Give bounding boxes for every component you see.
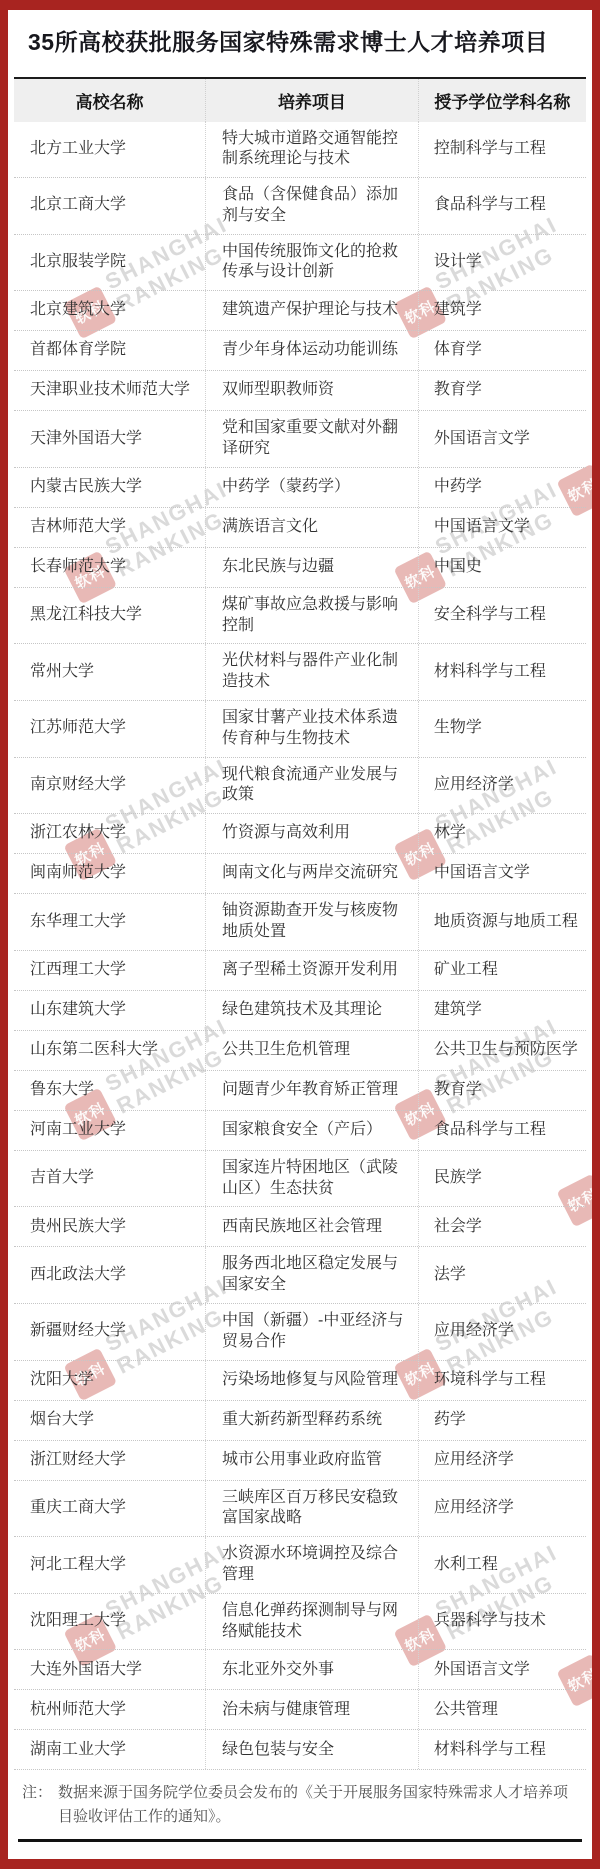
table-row: 天津职业技术师范大学 双师型职教师资 教育学	[14, 371, 586, 411]
footnote-label: 注：	[22, 1781, 52, 1828]
discipline-name-cell: 地质资源与地质工程	[418, 894, 586, 950]
project-name-cell: 青少年身体运动功能训练	[205, 331, 418, 370]
university-name-cell: 贵州民族大学	[14, 1207, 205, 1246]
table-row: 湖南工业大学 绿色包装与安全 材料科学与工程	[14, 1730, 586, 1770]
table-row: 天津外国语大学 党和国家重要文献对外翻译研究 外国语言文学	[14, 411, 586, 468]
university-name-cell: 浙江农林大学	[14, 814, 205, 853]
project-name-cell: 竹资源与高效利用	[205, 814, 418, 853]
project-name-cell: 双师型职教师资	[205, 371, 418, 410]
footnote: 注： 数据来源于国务院学位委员会发布的《关于开展服务国家特殊需求人才培养项目验收…	[14, 1770, 586, 1837]
table-row: 常州大学 光伏材料与器件产业化制造技术 材料科学与工程	[14, 644, 586, 701]
university-name-cell: 北方工业大学	[14, 122, 205, 178]
page-title: 35所高校获批服务国家特殊需求博士人才培养项目	[14, 10, 586, 77]
table-row: 北京建筑大学 建筑遗产保护理论与技术 建筑学	[14, 291, 586, 331]
discipline-name-cell: 中国语言文学	[418, 854, 586, 893]
university-name-cell: 北京工商大学	[14, 178, 205, 234]
table-row: 贵州民族大学 西南民族地区社会管理 社会学	[14, 1207, 586, 1247]
university-name-cell: 浙江财经大学	[14, 1441, 205, 1480]
discipline-name-cell: 兵器科学与技术	[418, 1594, 586, 1650]
project-name-cell: 党和国家重要文献对外翻译研究	[205, 411, 418, 467]
project-name-cell: 污染场地修复与风险管理	[205, 1361, 418, 1400]
university-name-cell: 沈阳理工大学	[14, 1594, 205, 1650]
infographic-page: 软科SHANGHAIRANKING软科SHANGHAIRANKING软科SHAN…	[0, 0, 600, 1869]
universities-table: 高校名称 培养项目 授予学位学科名称 北方工业大学 特大城市道路交通智能控制系统…	[14, 77, 586, 1771]
university-name-cell: 常州大学	[14, 644, 205, 700]
university-name-cell: 天津外国语大学	[14, 411, 205, 467]
table-row: 大连外国语大学 东北亚外交外事 外国语言文学	[14, 1650, 586, 1690]
university-name-cell: 湖南工业大学	[14, 1730, 205, 1769]
column-header-discipline: 授予学位学科名称	[418, 79, 586, 122]
table-row: 江苏师范大学 国家甘薯产业技术体系遗传育种与生物技术 生物学	[14, 701, 586, 758]
project-name-cell: 东北民族与边疆	[205, 548, 418, 587]
project-name-cell: 离子型稀土资源开发利用	[205, 951, 418, 990]
table-row: 江西理工大学 离子型稀土资源开发利用 矿业工程	[14, 951, 586, 991]
discipline-name-cell: 应用经济学	[418, 1441, 586, 1480]
discipline-name-cell: 外国语言文学	[418, 1650, 586, 1689]
table-row: 北京服装学院 中国传统服饰文化的抢救传承与设计创新 设计学	[14, 235, 586, 292]
discipline-name-cell: 中药学	[418, 468, 586, 507]
table-row: 南京财经大学 现代粮食流通产业发展与政策 应用经济学	[14, 758, 586, 815]
table-row: 重庆工商大学 三峡库区百万移民安稳致富国家战略 应用经济学	[14, 1481, 586, 1538]
discipline-name-cell: 体育学	[418, 331, 586, 370]
university-name-cell: 东华理工大学	[14, 894, 205, 950]
discipline-name-cell: 材料科学与工程	[418, 644, 586, 700]
watermark-text: SHANGHAIRANKING	[594, 390, 600, 496]
university-name-cell: 大连外国语大学	[14, 1650, 205, 1689]
discipline-name-cell: 民族学	[418, 1151, 586, 1207]
project-name-cell: 闽南文化与两岸交流研究	[205, 854, 418, 893]
discipline-name-cell: 环境科学与工程	[418, 1361, 586, 1400]
project-name-cell: 特大城市道路交通智能控制系统理论与技术	[205, 122, 418, 178]
project-name-cell: 东北亚外交外事	[205, 1650, 418, 1689]
project-name-cell: 问题青少年教育矫正管理	[205, 1071, 418, 1110]
university-name-cell: 北京服装学院	[14, 235, 205, 291]
discipline-name-cell: 建筑学	[418, 291, 586, 330]
discipline-name-cell: 设计学	[418, 235, 586, 291]
project-name-cell: 治未病与健康管理	[205, 1690, 418, 1729]
project-name-cell: 水资源水环境调控及综合管理	[205, 1537, 418, 1593]
table-row: 浙江财经大学 城市公用事业政府监管 应用经济学	[14, 1441, 586, 1481]
university-name-cell: 新疆财经大学	[14, 1304, 205, 1360]
university-name-cell: 内蒙古民族大学	[14, 468, 205, 507]
discipline-name-cell: 外国语言文学	[418, 411, 586, 467]
column-header-university: 高校名称	[14, 79, 205, 122]
project-name-cell: 公共卫生危机管理	[205, 1031, 418, 1070]
project-name-cell: 城市公用事业政府监管	[205, 1441, 418, 1480]
footnote-text: 数据来源于国务院学位委员会发布的《关于开展服务国家特殊需求人才培养项目验收评估工…	[58, 1781, 576, 1828]
discipline-name-cell: 生物学	[418, 701, 586, 757]
discipline-name-cell: 安全科学与工程	[418, 588, 586, 644]
university-name-cell: 山东第二医科大学	[14, 1031, 205, 1070]
discipline-name-cell: 矿业工程	[418, 951, 586, 990]
discipline-name-cell: 水利工程	[418, 1537, 586, 1593]
university-name-cell: 长春师范大学	[14, 548, 205, 587]
university-name-cell: 北京建筑大学	[14, 291, 205, 330]
university-name-cell: 山东建筑大学	[14, 991, 205, 1030]
project-name-cell: 信息化弹药探测制导与网络赋能技术	[205, 1594, 418, 1650]
discipline-name-cell: 法学	[418, 1247, 586, 1303]
project-name-cell: 国家连片特困地区（武陵山区）生态扶贫	[205, 1151, 418, 1207]
table-row: 长春师范大学 东北民族与边疆 中国史	[14, 548, 586, 588]
discipline-name-cell: 应用经济学	[418, 758, 586, 814]
project-name-cell: 绿色包装与安全	[205, 1730, 418, 1769]
discipline-name-cell: 控制科学与工程	[418, 122, 586, 178]
university-name-cell: 西北政法大学	[14, 1247, 205, 1303]
university-name-cell: 江西理工大学	[14, 951, 205, 990]
discipline-name-cell: 应用经济学	[418, 1481, 586, 1537]
project-name-cell: 建筑遗产保护理论与技术	[205, 291, 418, 330]
university-name-cell: 江苏师范大学	[14, 701, 205, 757]
university-name-cell: 南京财经大学	[14, 758, 205, 814]
project-name-cell: 国家粮食安全（产后）	[205, 1111, 418, 1150]
project-name-cell: 满族语言文化	[205, 508, 418, 547]
university-name-cell: 沈阳大学	[14, 1361, 205, 1400]
table-row: 内蒙古民族大学 中药学（蒙药学） 中药学	[14, 468, 586, 508]
discipline-name-cell: 社会学	[418, 1207, 586, 1246]
column-header-project: 培养项目	[205, 79, 418, 122]
project-name-cell: 服务西北地区稳定发展与国家安全	[205, 1247, 418, 1303]
content: 35所高校获批服务国家特殊需求博士人才培养项目 高校名称 培养项目 授予学位学科…	[8, 10, 592, 1842]
table-row: 河南工业大学 国家粮食安全（产后） 食品科学与工程	[14, 1111, 586, 1151]
project-name-cell: 三峡库区百万移民安稳致富国家战略	[205, 1481, 418, 1537]
table-row: 杭州师范大学 治未病与健康管理 公共管理	[14, 1690, 586, 1730]
university-name-cell: 黑龙江科技大学	[14, 588, 205, 644]
discipline-name-cell: 中国语言文学	[418, 508, 586, 547]
table-row: 首都体育学院 青少年身体运动功能训练 体育学	[14, 331, 586, 371]
university-name-cell: 鲁东大学	[14, 1071, 205, 1110]
discipline-name-cell: 中国史	[418, 548, 586, 587]
table-row: 新疆财经大学 中国（新疆）-中亚经济与贸易合作 应用经济学	[14, 1304, 586, 1361]
university-name-cell: 天津职业技术师范大学	[14, 371, 205, 410]
discipline-name-cell: 应用经济学	[418, 1304, 586, 1360]
university-name-cell: 河北工程大学	[14, 1537, 205, 1593]
discipline-name-cell: 教育学	[418, 1071, 586, 1110]
table-row: 东华理工大学 铀资源勘查开发与核废物地质处置 地质资源与地质工程	[14, 894, 586, 951]
watermark-text: SHANGHAIRANKING	[594, 1580, 600, 1686]
university-name-cell: 吉林师范大学	[14, 508, 205, 547]
university-name-cell: 吉首大学	[14, 1151, 205, 1207]
discipline-name-cell: 药学	[418, 1401, 586, 1440]
discipline-name-cell: 材料科学与工程	[418, 1730, 586, 1769]
university-name-cell: 杭州师范大学	[14, 1690, 205, 1729]
discipline-name-cell: 林学	[418, 814, 586, 853]
project-name-cell: 光伏材料与器件产业化制造技术	[205, 644, 418, 700]
discipline-name-cell: 建筑学	[418, 991, 586, 1030]
table-row: 吉林师范大学 满族语言文化 中国语言文学	[14, 508, 586, 548]
table-row: 西北政法大学 服务西北地区稳定发展与国家安全 法学	[14, 1247, 586, 1304]
table-row: 北京工商大学 食品（含保健食品）添加剂与安全 食品科学与工程	[14, 178, 586, 235]
table-row: 黑龙江科技大学 煤矿事故应急救援与影响控制 安全科学与工程	[14, 588, 586, 645]
project-name-cell: 中国传统服饰文化的抢救传承与设计创新	[205, 235, 418, 291]
project-name-cell: 中国（新疆）-中亚经济与贸易合作	[205, 1304, 418, 1360]
project-name-cell: 食品（含保健食品）添加剂与安全	[205, 178, 418, 234]
table-row: 北方工业大学 特大城市道路交通智能控制系统理论与技术 控制科学与工程	[14, 122, 586, 179]
university-name-cell: 首都体育学院	[14, 331, 205, 370]
discipline-name-cell: 教育学	[418, 371, 586, 410]
table-row: 河北工程大学 水资源水环境调控及综合管理 水利工程	[14, 1537, 586, 1594]
project-name-cell: 中药学（蒙药学）	[205, 468, 418, 507]
table-row: 沈阳大学 污染场地修复与风险管理 环境科学与工程	[14, 1361, 586, 1401]
table-header-row: 高校名称 培养项目 授予学位学科名称	[14, 77, 586, 122]
discipline-name-cell: 食品科学与工程	[418, 1111, 586, 1150]
university-name-cell: 重庆工商大学	[14, 1481, 205, 1537]
watermark-text: SHANGHAIRANKING	[594, 1100, 600, 1206]
discipline-name-cell: 公共管理	[418, 1690, 586, 1729]
table-body: 北方工业大学 特大城市道路交通智能控制系统理论与技术 控制科学与工程 北京工商大…	[14, 122, 586, 1771]
table-row: 山东第二医科大学 公共卫生危机管理 公共卫生与预防医学	[14, 1031, 586, 1071]
university-name-cell: 河南工业大学	[14, 1111, 205, 1150]
project-name-cell: 西南民族地区社会管理	[205, 1207, 418, 1246]
discipline-name-cell: 公共卫生与预防医学	[418, 1031, 586, 1070]
table-row: 烟台大学 重大新药新型释药系统 药学	[14, 1401, 586, 1441]
table-row: 闽南师范大学 闽南文化与两岸交流研究 中国语言文学	[14, 854, 586, 894]
table-row: 浙江农林大学 竹资源与高效利用 林学	[14, 814, 586, 854]
university-name-cell: 闽南师范大学	[14, 854, 205, 893]
university-name-cell: 烟台大学	[14, 1401, 205, 1440]
project-name-cell: 铀资源勘查开发与核废物地质处置	[205, 894, 418, 950]
table-row: 鲁东大学 问题青少年教育矫正管理 教育学	[14, 1071, 586, 1111]
table-row: 沈阳理工大学 信息化弹药探测制导与网络赋能技术 兵器科学与技术	[14, 1594, 586, 1651]
project-name-cell: 现代粮食流通产业发展与政策	[205, 758, 418, 814]
project-name-cell: 国家甘薯产业技术体系遗传育种与生物技术	[205, 701, 418, 757]
project-name-cell: 重大新药新型释药系统	[205, 1401, 418, 1440]
project-name-cell: 煤矿事故应急救援与影响控制	[205, 588, 418, 644]
discipline-name-cell: 食品科学与工程	[418, 178, 586, 234]
table-row: 吉首大学 国家连片特困地区（武陵山区）生态扶贫 民族学	[14, 1151, 586, 1208]
project-name-cell: 绿色建筑技术及其理论	[205, 991, 418, 1030]
table-row: 山东建筑大学 绿色建筑技术及其理论 建筑学	[14, 991, 586, 1031]
bottom-rule	[18, 1839, 582, 1842]
